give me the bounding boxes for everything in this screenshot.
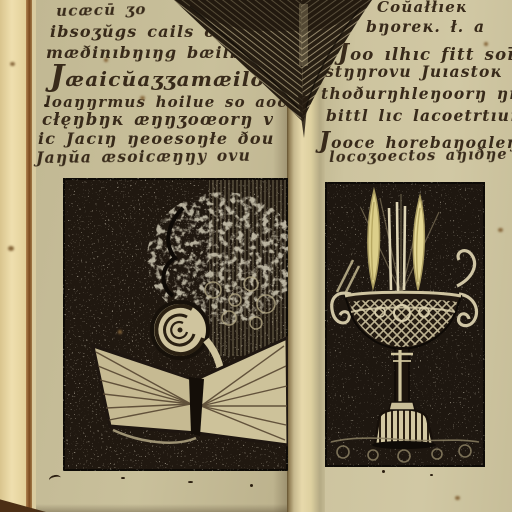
foxing-spot (140, 96, 145, 100)
manuscript-line: ucæcū ʒo (56, 2, 147, 19)
foxing-spot (455, 496, 460, 500)
open-book-spiral-woodcut (63, 178, 288, 471)
hatched-plume-illustration (170, 0, 450, 140)
ink-speck (382, 470, 385, 473)
manuscript-line: Jaŋŭa æsoicæŋŋy ovu (36, 148, 251, 166)
page-bottom-shadow (36, 504, 287, 512)
foxing-spot (118, 330, 122, 334)
ink-speck (44, 104, 47, 107)
foxing-spot (498, 228, 503, 232)
foxing-spot (484, 42, 488, 46)
foxing-spot (10, 62, 15, 66)
ink-speck (121, 477, 125, 479)
chalice-stem (391, 348, 413, 410)
flaming-chalice-woodcut (325, 182, 485, 467)
foxing-spot (104, 58, 108, 62)
manuscript-line: locoʒoectos aŋıðŋe (329, 148, 508, 166)
ink-speck (250, 484, 253, 487)
manuscript-photo: ucæcū ʒo ibsoʒŭgs cails o mæðinıbŋıŋg bæ… (0, 0, 512, 512)
ink-speck (430, 474, 433, 476)
book-fore-edge (0, 0, 26, 512)
ink-speck (188, 481, 193, 483)
foxing-spot (8, 246, 14, 251)
